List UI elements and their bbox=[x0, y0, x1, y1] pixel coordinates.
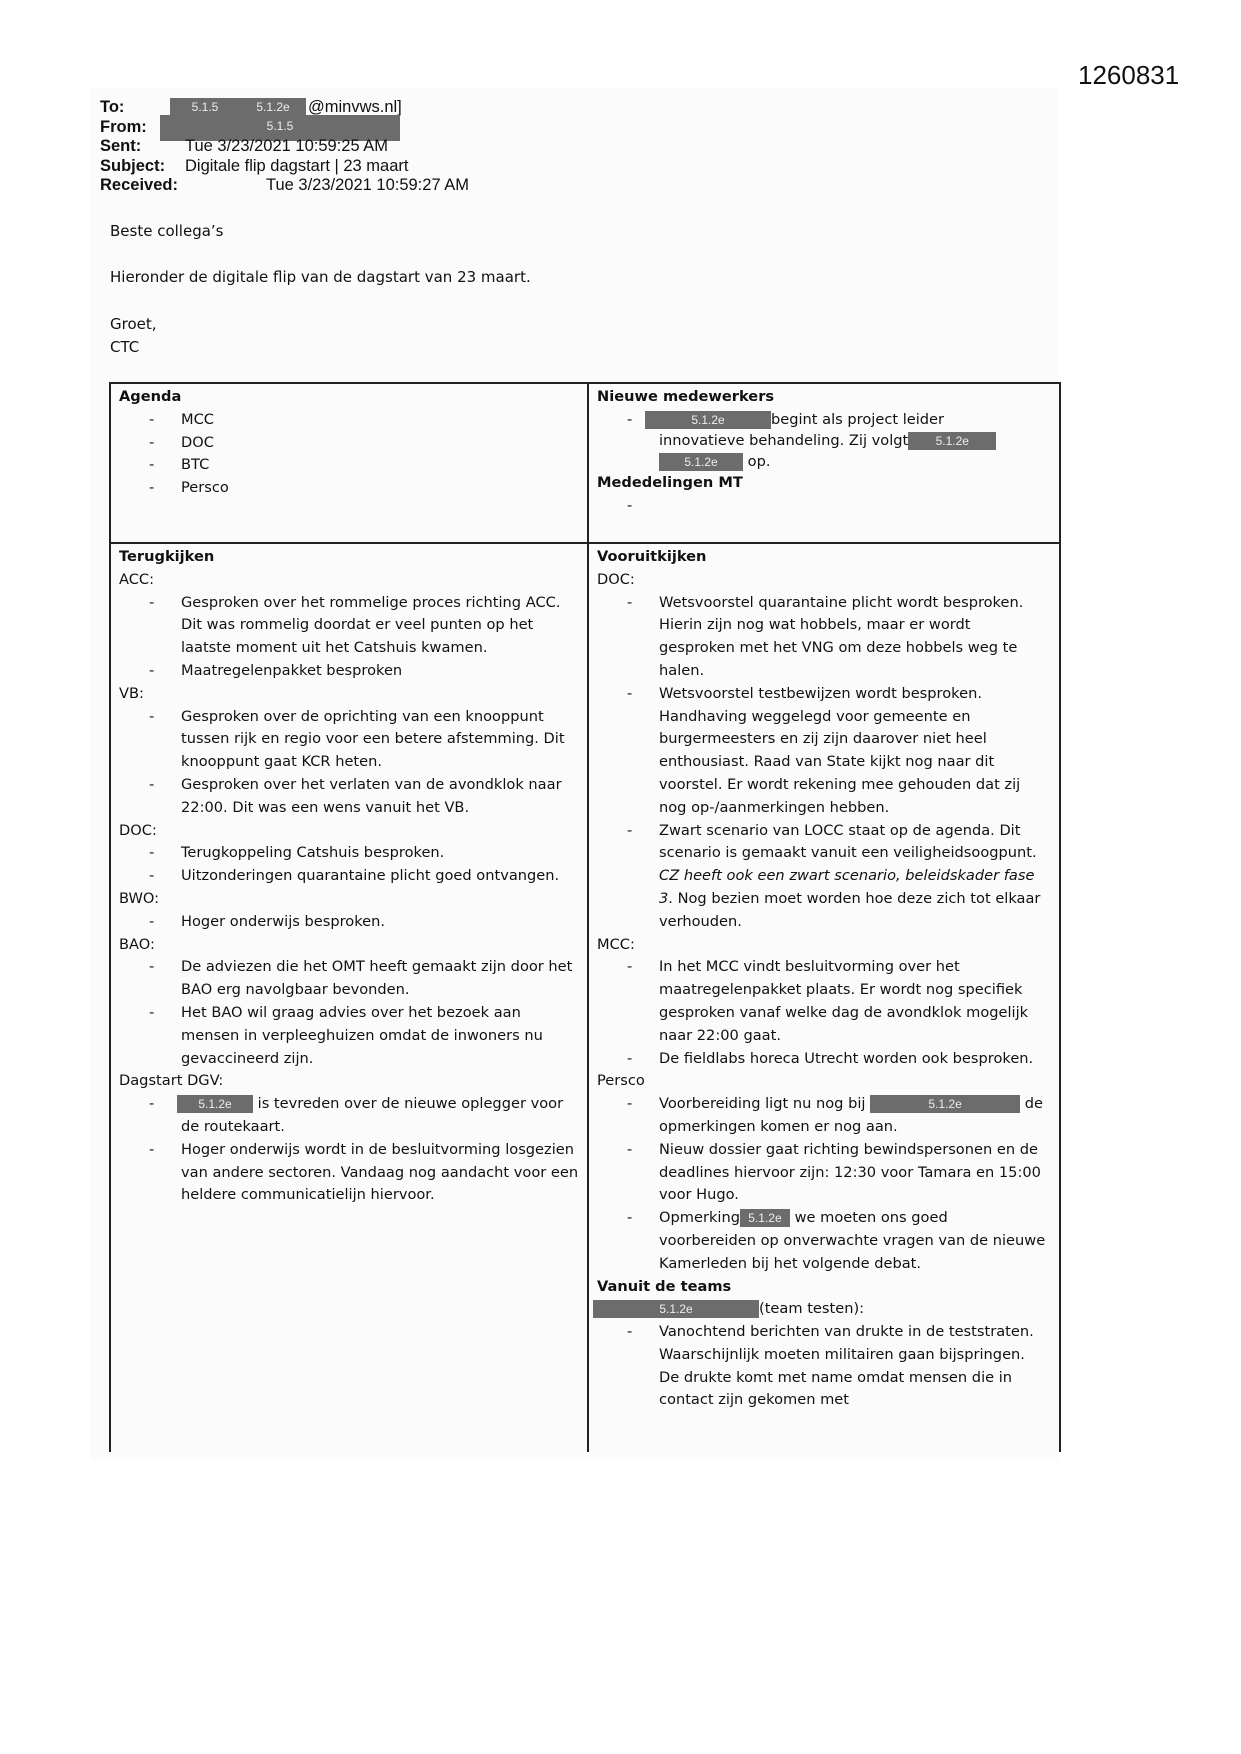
document-number: 1260831 bbox=[1078, 60, 1179, 91]
persco-label: Persco bbox=[597, 1070, 1047, 1093]
received-label: Received: bbox=[100, 176, 184, 196]
table-row-bottom: Terugkijken ACC:-Gesproken over het romm… bbox=[111, 544, 1059, 1452]
received-value: Tue 3/23/2021 10:59:27 AM bbox=[266, 176, 469, 196]
team-row: 5.1.2e(team testen): bbox=[597, 1298, 1047, 1321]
redaction-block: 5.1.2e bbox=[240, 98, 306, 116]
agenda-item: -DOC bbox=[119, 432, 579, 455]
mcc-item: -In het MCC vindt besluitvorming over he… bbox=[597, 956, 1047, 1047]
section-item: -Gesproken over de oprichting van een kn… bbox=[119, 706, 579, 774]
nieuwe-medewerkers-title: Nieuwe medewerkers bbox=[597, 386, 1047, 409]
dgv-item: - Hoger onderwijs wordt in de besluitvor… bbox=[119, 1139, 579, 1207]
mededelingen-title: Mededelingen MT bbox=[597, 472, 1047, 495]
table-row-top: Agenda -MCC -DOC -BTC -Persco Nieuwe med… bbox=[111, 384, 1059, 544]
section-item: -Gesproken over het verlaten van de avon… bbox=[119, 774, 579, 820]
closing: Groet, bbox=[110, 315, 157, 333]
section-item: -Terugkoppeling Catshuis besproken. bbox=[119, 842, 579, 865]
terugkijken-cell: Terugkijken ACC:-Gesproken over het romm… bbox=[111, 544, 589, 1452]
section-label: BWO: bbox=[119, 888, 579, 911]
dgv-label: Dagstart DGV: bbox=[119, 1070, 579, 1093]
doc-item: -Wetsvoorstel testbewijzen wordt besprok… bbox=[597, 683, 1047, 820]
agenda-item: -MCC bbox=[119, 409, 579, 432]
redaction-block: 5.1.2e bbox=[870, 1095, 1020, 1113]
dgv-item: - 5.1.2e is tevreden over de nieuwe ople… bbox=[119, 1093, 579, 1139]
redaction-block: 5.1.2e bbox=[740, 1209, 790, 1227]
sent-label: Sent: bbox=[100, 137, 184, 157]
mcc-item: -De fieldlabs horeca Utrecht worden ook … bbox=[597, 1048, 1047, 1071]
persco-item: -Opmerking5.1.2e we moeten ons goed voor… bbox=[597, 1207, 1047, 1275]
section-item: -Hoger onderwijs besproken. bbox=[119, 911, 579, 934]
nieuwe-medewerker-item: - 5.1.2ebegint als project leider innova… bbox=[597, 409, 1047, 472]
section-label: BAO: bbox=[119, 934, 579, 957]
flip-table: Agenda -MCC -DOC -BTC -Persco Nieuwe med… bbox=[109, 382, 1061, 1452]
vooruitkijken-cell: Vooruitkijken DOC: -Wetsvoorstel quarant… bbox=[589, 544, 1055, 1452]
persco-item: -Voorbereiding ligt nu nog bij 5.1.2e de… bbox=[597, 1093, 1047, 1139]
subject-label: Subject: bbox=[100, 157, 184, 177]
agenda-cell: Agenda -MCC -DOC -BTC -Persco bbox=[111, 384, 589, 542]
agenda-title: Agenda bbox=[119, 386, 579, 409]
persco-item: -Nieuw dossier gaat richting bewindspers… bbox=[597, 1139, 1047, 1207]
redaction-block: 5.1.2e bbox=[177, 1095, 253, 1113]
sent-row: Sent: Tue 3/23/2021 10:59:25 AM bbox=[100, 137, 184, 157]
vooruitkijken-title: Vooruitkijken bbox=[597, 546, 1047, 569]
subject-row: Subject: Digitale flip dagstart | 23 maa… bbox=[100, 157, 184, 177]
terugkijken-title: Terugkijken bbox=[119, 546, 579, 569]
mcc-label: MCC: bbox=[597, 934, 1047, 957]
sent-value: Tue 3/23/2021 10:59:25 AM bbox=[185, 137, 388, 157]
section-item: -De adviezen die het OMT heeft gemaakt z… bbox=[119, 956, 579, 1002]
section-item: -Uitzonderingen quarantaine plicht goed … bbox=[119, 865, 579, 888]
from-row: From: 5.1.5 bbox=[100, 118, 184, 138]
redaction-block: 5.1.2e bbox=[645, 411, 771, 429]
section-item: -Maatregelenpakket besproken bbox=[119, 660, 579, 683]
section-item: -Gesproken over het rommelige proces ric… bbox=[119, 592, 579, 660]
team-item: -Vanochtend berichten van drukte in de t… bbox=[597, 1321, 1047, 1412]
redaction-block: 5.1.2e bbox=[593, 1300, 759, 1318]
section-label: ACC: bbox=[119, 569, 579, 592]
signature: CTC bbox=[110, 338, 139, 356]
agenda-item: -BTC bbox=[119, 454, 579, 477]
section-item: -Het BAO wil graag advies over het bezoe… bbox=[119, 1002, 579, 1070]
doc-label: DOC: bbox=[597, 569, 1047, 592]
redaction-block: 5.1.2e bbox=[908, 432, 996, 450]
doc-item: -Wetsvoorstel quarantaine plicht wordt b… bbox=[597, 592, 1047, 683]
subject-value: Digitale flip dagstart | 23 maart bbox=[185, 157, 408, 177]
redaction-block: 5.1.2e bbox=[659, 453, 743, 471]
section-label: VB: bbox=[119, 683, 579, 706]
received-row: Received: Tue 3/23/2021 10:59:27 AM bbox=[100, 176, 184, 196]
nieuwe-medewerkers-cell: Nieuwe medewerkers - 5.1.2ebegint als pr… bbox=[589, 384, 1055, 542]
doc-item: -Zwart scenario van LOCC staat op de age… bbox=[597, 820, 1047, 934]
agenda-item: -Persco bbox=[119, 477, 579, 500]
redaction-block: 5.1.5 bbox=[170, 98, 240, 116]
teams-title: Vanuit de teams bbox=[597, 1276, 1047, 1299]
email-header: To: 5.1.5 5.1.2e @minvws.nl] From: 5.1.5… bbox=[100, 98, 184, 196]
section-label: DOC: bbox=[119, 820, 579, 843]
intro-text: Hieronder de digitale flip van de dagsta… bbox=[110, 268, 531, 286]
greeting: Beste collega’s bbox=[110, 222, 224, 240]
mededelingen-item: - bbox=[597, 495, 1047, 518]
